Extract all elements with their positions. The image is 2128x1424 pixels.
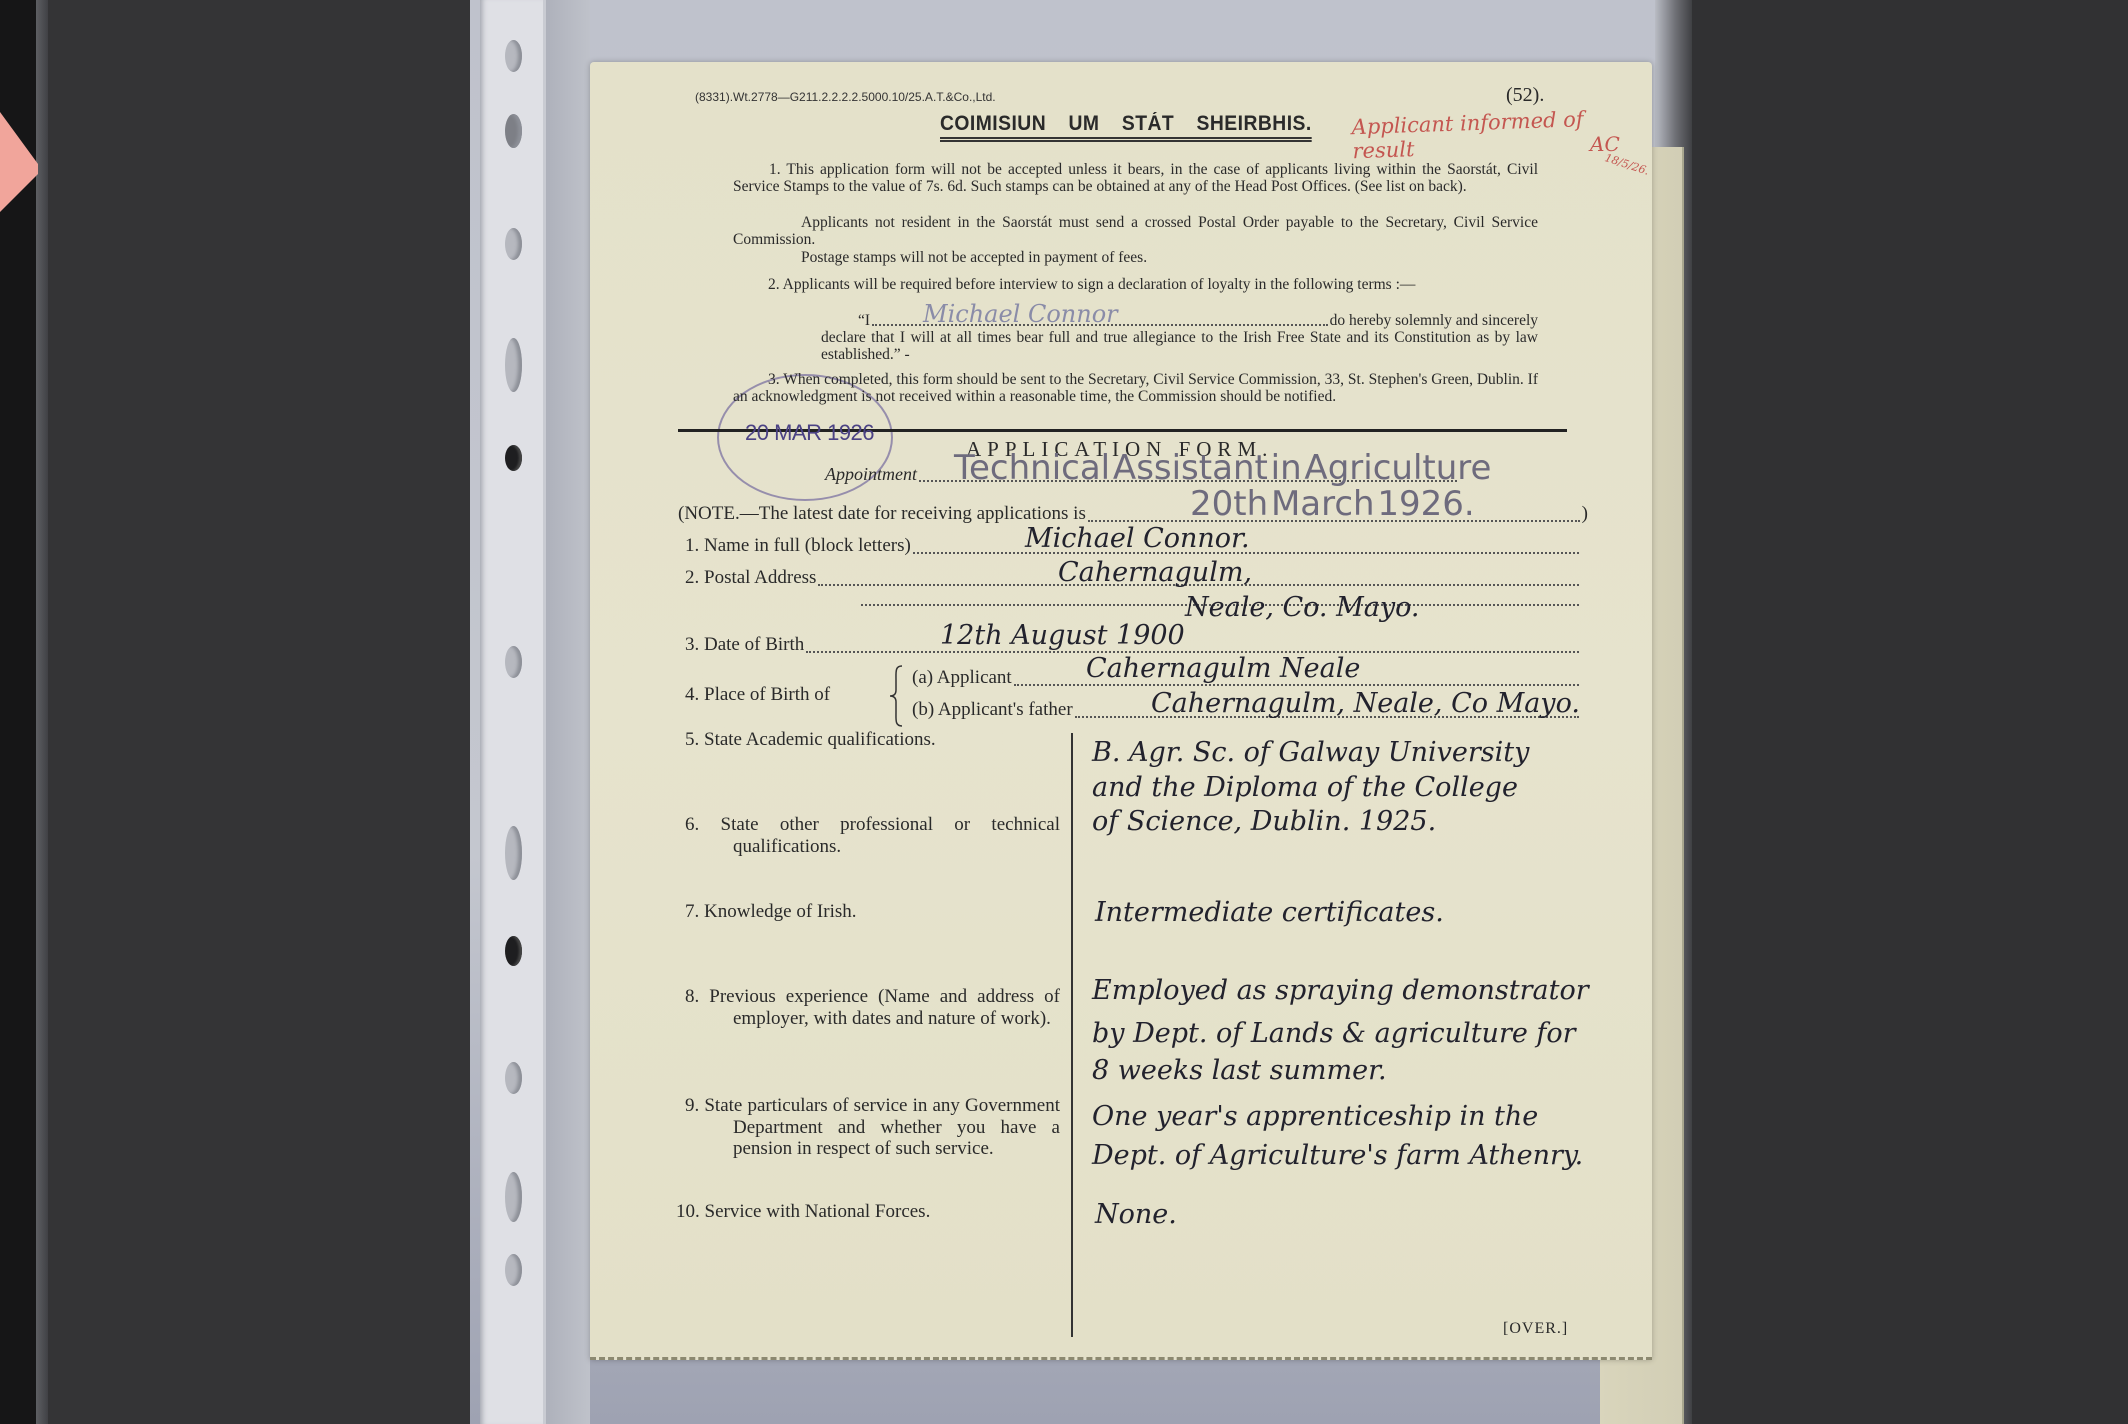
punch-hole	[505, 228, 522, 260]
field-birthplace-b-label: (b) Applicant's father	[912, 698, 1073, 722]
punch-hole	[505, 40, 522, 72]
declaration-text: declare that I will at all times bear fu…	[821, 330, 1538, 363]
punch-hole	[505, 1172, 522, 1222]
field-name-label: 1. Name in full (block letters)	[685, 534, 911, 558]
punch-hole	[505, 114, 522, 148]
field-birthplace-a-value: Cahernagulm Neale	[1086, 653, 1360, 684]
punch-hole	[505, 445, 522, 471]
field-birthplace-b-value: Cahernagulm, Neale, Co Mayo.	[1151, 688, 1580, 719]
folder-panel-right	[1692, 0, 2128, 1424]
page-number: (52).	[1506, 84, 1544, 107]
punch-hole	[505, 646, 522, 678]
field-government-service-line1: One year's apprenticeship in the	[1092, 1101, 1538, 1132]
folder-edge	[0, 0, 36, 1424]
page-title: COIMISIUN UM STÁT SHEIRBHIS.	[940, 112, 1312, 142]
field-experience-line2: by Dept. of Lands & agriculture for	[1092, 1018, 1576, 1049]
brace-icon	[888, 664, 906, 728]
folder-panel	[48, 0, 472, 1424]
field-qualifications-line3: of Science, Dublin. 1925.	[1092, 806, 1436, 837]
field-experience-line1: Employed as spraying demonstrator	[1092, 975, 1589, 1006]
field-dob-value: 12th August 1900	[940, 620, 1185, 651]
over-marker: [OVER.]	[1503, 1320, 1568, 1338]
field-address-label: 2. Postal Address	[685, 566, 816, 590]
declaration-signed-name: Michael Connor	[923, 300, 1118, 328]
appointment-label: Appointment	[825, 462, 917, 486]
field-dob-label: 3. Date of Birth	[685, 633, 804, 657]
red-initials: AC	[1590, 132, 1620, 156]
field-address-line2: Neale, Co. Mayo.	[1185, 592, 1419, 623]
instruction-1b: Applicants not resident in the Saorstát …	[733, 215, 1538, 248]
red-annotation-date: 18/5/26.	[1603, 151, 1651, 178]
instruction-2: 2. Applicants will be required before in…	[733, 277, 1538, 294]
field-irish-value: Intermediate certificates.	[1095, 897, 1444, 928]
folder-rim	[36, 0, 48, 1424]
punch-hole	[505, 338, 522, 392]
field-qualifications-line1: B. Agr. Sc. of Galway University	[1092, 737, 1529, 768]
field-experience-label: 8. Previous experience (Name and address…	[685, 986, 1060, 1030]
field-government-service-line2: Dept. of Agriculture's farm Athenry.	[1092, 1140, 1583, 1171]
field-birthplace-a-label: (a) Applicant	[912, 666, 1012, 690]
field-name-value: Michael Connor.	[1025, 523, 1250, 554]
application-form-page: (8331).Wt.2778—G211.2.2.2.2.5000.10/25.A…	[590, 62, 1652, 1360]
field-national-forces-value: None.	[1095, 1199, 1177, 1230]
instruction-3: 3. When completed, this form should be s…	[733, 372, 1538, 405]
column-divider	[1071, 733, 1073, 1337]
appointment-value: Technical Assistant in Agriculture	[954, 448, 1491, 488]
instruction-1c: Postage stamps will not be accepted in p…	[733, 250, 1538, 267]
instruction-1: 1. This application form will not be acc…	[733, 162, 1538, 195]
punch-hole	[505, 826, 522, 880]
stamp-date: 20 MAR 1926	[745, 420, 874, 446]
punch-hole	[505, 1062, 522, 1094]
field-address-line1: Cahernagulm,	[1058, 557, 1252, 588]
field-experience-line3: 8 weeks last summer.	[1092, 1055, 1387, 1086]
closing-date-value: 20th March 1926.	[1190, 484, 1475, 524]
sleeve-margin	[546, 0, 590, 1424]
field-government-service-label: 9. State particulars of service in any G…	[685, 1095, 1060, 1160]
declaration-line1-end: do hereby solemnly and sincerely	[1330, 313, 1538, 330]
punch-hole	[505, 1254, 522, 1286]
declaration-open: “I	[858, 313, 870, 330]
field-qualifications-line2: and the Diploma of the College	[1092, 772, 1518, 803]
note-suffix: )	[1582, 502, 1588, 526]
field-birthplace-a-leader	[1014, 684, 1579, 686]
field-irish-label: 7. Knowledge of Irish.	[685, 901, 857, 923]
punch-hole	[505, 936, 522, 966]
field-professional-label: 6. State other professional or technical…	[685, 814, 1060, 858]
field-birthplace-label: 4. Place of Birth of	[685, 684, 830, 706]
field-academic-label: 5. State Academic qualifications.	[685, 729, 936, 751]
print-code: (8331).Wt.2778—G211.2.2.2.2.5000.10/25.A…	[695, 90, 996, 104]
field-national-forces-label: 10. Service with National Forces.	[676, 1201, 930, 1223]
